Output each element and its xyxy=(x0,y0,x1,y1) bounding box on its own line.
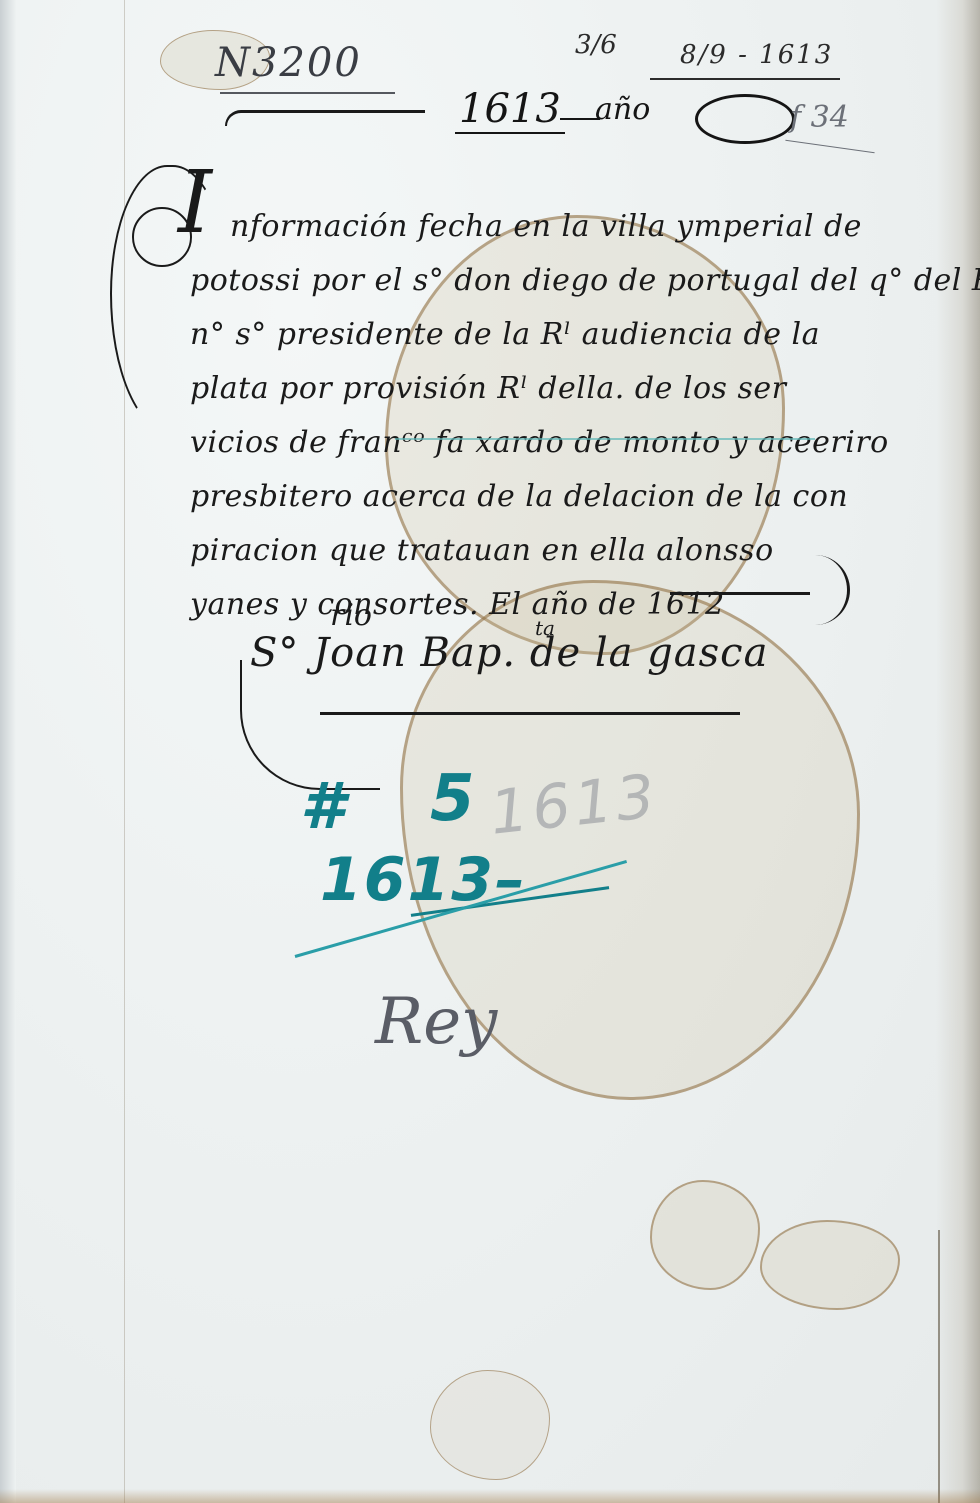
water-stain xyxy=(430,1370,550,1480)
catalog-number: N3200 xyxy=(215,40,362,86)
year-underline xyxy=(670,592,810,595)
year-dash xyxy=(560,118,600,120)
water-stain xyxy=(650,1180,760,1290)
top-date-underline xyxy=(650,78,840,80)
archival-number: 5 xyxy=(430,762,475,836)
right-paper-edge xyxy=(936,0,980,1503)
text-line: vicios de franᶜᵒ fa xardo de monto y ace… xyxy=(190,416,870,470)
fold-crease xyxy=(938,1230,940,1503)
manuscript-body: nformación fecha en la villa ymperial de… xyxy=(190,200,870,632)
signature-superscript: rio xyxy=(330,598,372,633)
signature-underline xyxy=(320,712,740,715)
text-line: potossi por el s° don diego de portugal … xyxy=(190,254,870,308)
year-main: 1613 xyxy=(455,86,565,134)
flourish-decoration xyxy=(225,110,425,126)
fraction-mark: 3/6 xyxy=(575,30,617,60)
year-heading: 1613 año xyxy=(225,86,865,146)
flourish-loop xyxy=(695,94,795,144)
archival-hash-mark: # xyxy=(300,770,345,844)
binding-edge xyxy=(0,0,16,1503)
text-line: n° s° presidente de la Rˡ audiencia de l… xyxy=(190,308,870,362)
text-line: presbitero acerca de la delacion de la c… xyxy=(190,470,870,524)
manuscript-page: N3200 3/6 8/9 - 1613 1613 año f 34 I nfo… xyxy=(0,0,980,1503)
bottom-paper-edge xyxy=(0,1489,980,1503)
pencil-note: Rey xyxy=(375,985,497,1059)
text-line: yanes y consortes. El año de 1612 xyxy=(190,578,870,632)
water-stain xyxy=(760,1220,900,1310)
teal-underline xyxy=(395,438,815,440)
text-line: piracion que tratauan en ella alonsso xyxy=(190,524,870,578)
text-line: plata por provisión Rˡ della. de los ser xyxy=(190,362,870,416)
year-suffix: año xyxy=(595,92,650,127)
text-line: nformación fecha en la villa ymperial de xyxy=(190,200,870,254)
folio-number: f 34 xyxy=(790,100,849,135)
top-right-date: 8/9 - 1613 xyxy=(680,40,833,70)
